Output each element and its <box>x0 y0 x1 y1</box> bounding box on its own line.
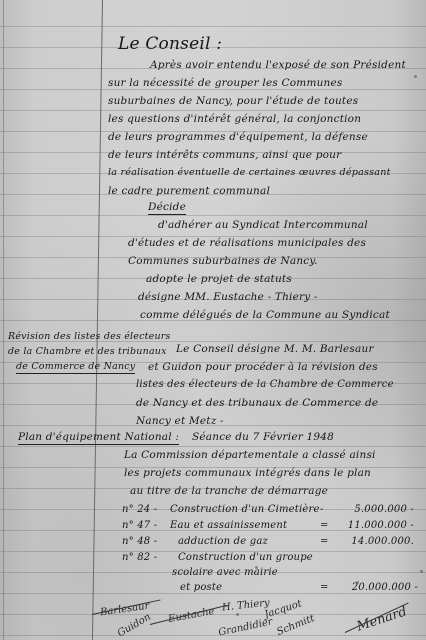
body-line: Après avoir entendu l'exposé de son Prés… <box>150 58 406 72</box>
body-line: Communes suburbaines de Nancy. <box>128 254 318 268</box>
body-line: d'études et de réalisations municipales … <box>128 236 366 250</box>
paper-spot <box>356 581 359 584</box>
page-title: Le Conseil : <box>118 34 222 54</box>
body-line: suburbaines de Nancy, pour l'étude de to… <box>108 94 358 108</box>
body-line: d'adhérer au Syndicat Intercommunal <box>158 218 368 232</box>
margin-note-heading: Plan d'équipement National : <box>18 430 179 445</box>
section-2-line: de Nancy et des tribunaux de Commerce de <box>136 396 378 410</box>
margin-note-line: de Commerce de Nancy <box>16 360 135 374</box>
project-separator: - <box>320 503 324 517</box>
project-label: scolaire avec mairie <box>172 566 278 580</box>
body-line: de leurs programmes d'équipement, la déf… <box>108 130 368 144</box>
section-2-line: et Guidon pour procéder à la révision de… <box>148 360 378 374</box>
project-label: Eau et assainissement <box>170 519 287 533</box>
body-line: la réalisation éventuelle de certaines œ… <box>108 166 391 180</box>
margin-note-line: de la Chambre et des tribunaux <box>8 345 167 358</box>
register-page: Le Conseil : Après avoir entendu l'expos… <box>0 0 426 640</box>
project-amount: 20.000.000 - <box>352 581 418 595</box>
body-line: comme délégués de la Commune au Syndicat <box>140 308 390 322</box>
project-number: n° 82 - <box>122 551 157 565</box>
margin-note-line: Révision des listes des électeurs <box>8 330 171 343</box>
project-number: n° 47 - <box>122 519 157 533</box>
project-number: n° 48 - <box>122 535 157 549</box>
project-label: Construction d'un groupe <box>178 551 313 565</box>
section-2-line: listes des électeurs de la Chambre de Co… <box>136 378 394 392</box>
section-2-line: Le Conseil désigne M. M. Barlesaur <box>176 342 374 356</box>
project-label: Construction d'un Cimetière <box>170 503 320 517</box>
body-line: de leurs intérêts communs, ainsi que pou… <box>108 148 341 162</box>
project-number: n° 24 - <box>122 503 157 517</box>
project-separator: = <box>320 581 329 595</box>
section-3-line: les projets communaux intégrés dans le p… <box>124 466 371 480</box>
project-separator: = <box>320 519 329 533</box>
project-amount: 14.000.000. <box>351 535 414 549</box>
project-separator: = <box>320 535 329 549</box>
page-edge-line <box>3 0 4 640</box>
section-2-line: Nancy et Metz - <box>136 414 224 428</box>
section-3-line: au titre de la tranche de démarrage <box>130 484 328 498</box>
body-line: adopte le projet de statuts <box>146 272 292 286</box>
paper-spot <box>414 75 417 78</box>
body-line: sur la nécessité de grouper les Communes <box>108 76 343 90</box>
decision-heading: Décide <box>148 200 186 215</box>
project-label: et poste <box>180 581 222 595</box>
paper-spot <box>420 570 423 573</box>
section-3-line: La Commission départementale a classé ai… <box>124 448 376 462</box>
paper-spot <box>236 613 239 616</box>
section-3-line: Séance du 7 Février 1948 <box>192 430 334 444</box>
project-amount: 5.000.000 - <box>354 503 414 517</box>
body-line: les questions d'intérêt général, la conj… <box>108 112 361 126</box>
project-amount: 11.000.000 - <box>348 519 414 533</box>
body-line: le cadre purement communal <box>108 184 270 198</box>
body-line: désigne MM. Eustache - Thiery - <box>138 290 318 304</box>
paper-spot <box>255 566 258 569</box>
project-label: adduction de gaz <box>178 535 268 549</box>
